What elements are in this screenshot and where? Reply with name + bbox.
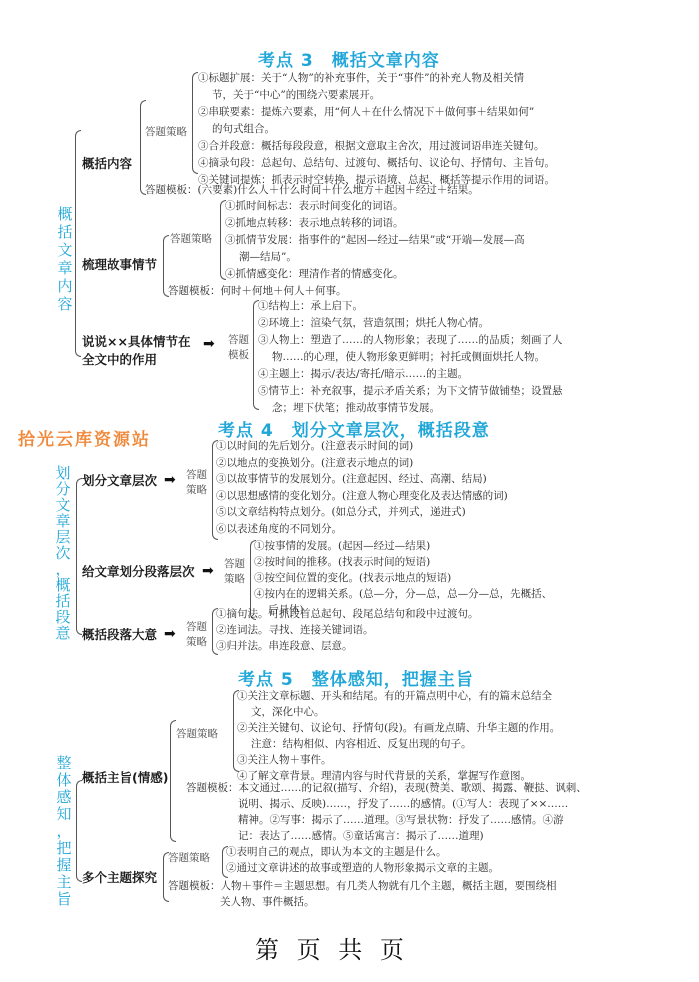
summary-strategy-list: ①标题扩展：关于“人物”的补充事件，关于“事件”的补充人物及相关情 节，关于“中… <box>198 70 555 189</box>
section4-vertical-label: 划分 文章 层次 ，概 括段 意 <box>54 465 72 641</box>
summary-template: 答题模板：(六要素)什么人＋什么时间＋什么地方＋起因＋经过＋结果。 <box>145 182 479 199</box>
plot-strategy-tag: 答题策略 <box>170 231 212 246</box>
page-footer: 第 页 共 页 <box>255 930 404 965</box>
arrow-right-icon: ➡ <box>203 336 215 352</box>
section5-title: 考点 5 整体感知，把握主旨 <box>238 665 474 690</box>
node-plot-role: 说说××具体情节在 全文中的作用 <box>82 333 190 369</box>
section3-vertical-label: 概括 文章 内容 <box>56 205 74 313</box>
role-template-list: ①结构上：承上启下。 ②环境上：渲染气氛，营造氛围；烘托人物心情。 ③人物上：塑… <box>258 298 563 417</box>
multi-template: 答题模板：人物＋事件＝主题思想。有几类人物就有几个主题，概括主题，要围绕相 关人… <box>168 878 557 910</box>
watermark-text: 拾光云库资源站 <box>18 425 151 450</box>
arrow-right-icon: ➡ <box>164 626 176 642</box>
layers-strategy-list: ①以时间的先后划分。(注意表示时间的词) ②以地点的变换划分。(注意表示地点的词… <box>216 438 508 537</box>
section5-vertical-label: 整体 感知 ，把 握主 旨 <box>55 755 73 908</box>
role-template-tag: 答题模板 <box>228 333 252 363</box>
section3-title: 考点 3 概括文章内容 <box>258 46 440 71</box>
theme-template: 答题模板：本文通过……的记叙(描写、介绍)，表现(赞美、歌颂、揭露、鞭挞、讽刺、… <box>186 780 587 844</box>
node-summary-content: 概括内容 <box>82 154 132 172</box>
node-theme: 概括主旨(情感) <box>82 768 168 786</box>
theme-strategy-list: ①关注文章标题、开头和结尾。有的开篇点明中心，有的篇末总结全 文，深化中心。 ②… <box>237 688 560 784</box>
main-idea-strategy-list: ①摘句法。可抓段首总起句、段尾总结句和段中过渡句。 ②连词法。寻找、连接关键词语… <box>216 606 479 654</box>
arrow-right-icon: ➡ <box>202 563 214 579</box>
node-plot: 梳理故事情节 <box>82 255 157 273</box>
plot-strategy-list: ①抓时间标志：表示时间变化的词语。 ②抓地点转移：表示地点转移的词语。 ③抓情节… <box>225 198 525 283</box>
node-paragraph-layers: 给文章划分段落层次 <box>82 562 195 580</box>
arrow-right-icon: ➡ <box>164 472 176 488</box>
theme-strategy-tag: 答题策略 <box>176 726 218 741</box>
summary-strategy-tag: 答题策略 <box>145 124 187 139</box>
node-paragraph-main-idea: 概括段落大意 <box>82 625 157 643</box>
multi-strategy-list: ①表明自己的观点，即认为本文的主题是什么。 ②通过文章讲述的故事或塑造的人物形象… <box>226 844 499 876</box>
paragraphs-strategy-tag: 答题策略 <box>224 557 248 587</box>
node-multi-theme: 多个主题探究 <box>82 868 157 886</box>
multi-strategy-tag: 答题策略 <box>168 850 210 865</box>
node-divide-layers: 划分文章层次 <box>82 471 157 489</box>
section5-main-brace <box>76 780 82 882</box>
section4-main-brace <box>76 478 82 635</box>
layers-strategy-tag: 答题策略 <box>186 468 210 498</box>
section3-main-brace <box>75 130 81 357</box>
summary-brace <box>140 100 146 195</box>
main-idea-strategy-tag: 答题策略 <box>186 620 210 650</box>
